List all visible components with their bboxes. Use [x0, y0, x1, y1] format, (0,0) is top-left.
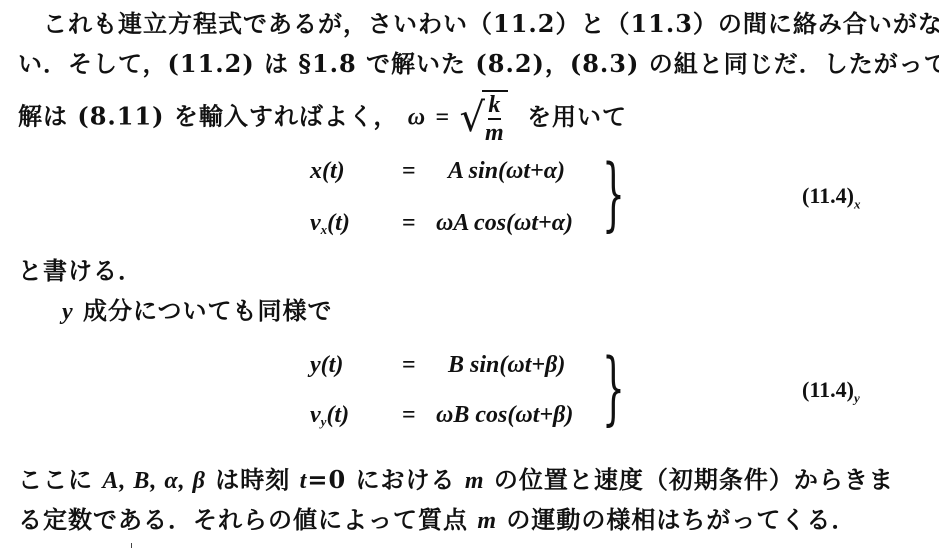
equals-sign: =: [402, 352, 436, 379]
label-subscript: y: [854, 390, 860, 405]
fraction: k m: [482, 90, 508, 146]
fraction-denominator: m: [485, 120, 505, 146]
equals-sign: =: [402, 210, 436, 237]
equation-lhs: vx(t): [310, 210, 402, 238]
scan-artifact-mark: [131, 543, 132, 548]
equation-rhs: ωA cos(ωt+α): [436, 210, 573, 236]
paragraph-4-line-1: ここに A, B, α, β は時刻 t=0 における m の位置と速度（初期条…: [18, 466, 894, 495]
equation-lhs: y(t): [310, 352, 402, 379]
text: と書ける．: [18, 256, 143, 285]
equation-x-position: x(t)=A sin(ωt+α): [310, 158, 565, 185]
argument: (t): [326, 402, 349, 428]
constants-list: A, B, α, β: [102, 468, 206, 494]
omega-symbol: ω: [408, 105, 426, 131]
text: ここに: [18, 465, 102, 494]
velocity-symbol: v: [310, 210, 321, 236]
equation-lhs: vy(t): [310, 402, 402, 430]
paragraph-1-line-3: 解は (8.11) を輸入すればよく， ω = √ k m を用いて: [18, 90, 627, 146]
fraction-numerator: k: [488, 92, 501, 120]
text: る定数である．それらの値によって質点: [18, 505, 477, 534]
paragraph-1-line-1: これも連立方程式であるが，さいわい（11.2）と（11.3）の間に絡み合いがな: [18, 10, 939, 38]
text: い．そして，(11.2) は §1.8 で解いた (8.2)，(8.3) の組と…: [18, 49, 939, 78]
right-brace-icon: }: [602, 344, 625, 432]
paragraph-2: と書ける．: [18, 257, 143, 285]
label-text: (11.4): [802, 377, 854, 402]
text: 成分についても同様で: [83, 296, 333, 325]
equation-label-x: (11.4)x: [802, 183, 860, 212]
paragraph-4-line-2: る定数である．それらの値によって質点 m の運動の様相はちがってくる．: [18, 506, 856, 535]
paragraph-1-line-2: い．そして，(11.2) は §1.8 で解いた (8.2)，(8.3) の組と…: [18, 50, 939, 78]
m-variable: m: [465, 468, 485, 494]
text: の位置と速度（初期条件）からきま: [485, 465, 894, 494]
text: 解は (8.11) を輸入すればよく，: [18, 102, 398, 131]
y-variable: y: [62, 299, 74, 325]
sqrt-expression: √ k m: [460, 90, 508, 146]
equation-y-velocity: vy(t)=ωB cos(ωt+β): [310, 402, 573, 430]
text: の運動の様相はちがってくる．: [497, 505, 856, 534]
paragraph-3: y 成分についても同様で: [62, 297, 333, 326]
equation-rhs: B sin(ωt+β): [448, 352, 565, 378]
equation-rhs: A sin(ωt+α): [448, 158, 565, 184]
equation-y-position: y(t)=B sin(ωt+β): [310, 352, 565, 379]
equation-x-velocity: vx(t)=ωA cos(ωt+α): [310, 210, 573, 238]
velocity-symbol: v: [310, 402, 321, 428]
text: =0 における: [307, 465, 465, 494]
equation-lhs: x(t): [310, 158, 402, 185]
text: これも連立方程式であるが，さいわい（11.2）と（11.3）の間に絡み合いがな: [18, 9, 939, 38]
text: は時刻: [206, 465, 300, 494]
text: を用いて: [527, 102, 627, 131]
equals-sign: =: [435, 105, 450, 131]
right-brace-icon: }: [602, 150, 625, 238]
equals-sign: =: [402, 158, 436, 185]
argument: (t): [327, 210, 350, 236]
label-subscript: x: [854, 196, 861, 211]
equation-label-y: (11.4)y: [802, 377, 860, 406]
equation-rhs: ωB cos(ωt+β): [436, 402, 573, 428]
m-variable: m: [477, 508, 497, 534]
label-text: (11.4): [802, 183, 854, 208]
equals-sign: =: [402, 402, 436, 429]
